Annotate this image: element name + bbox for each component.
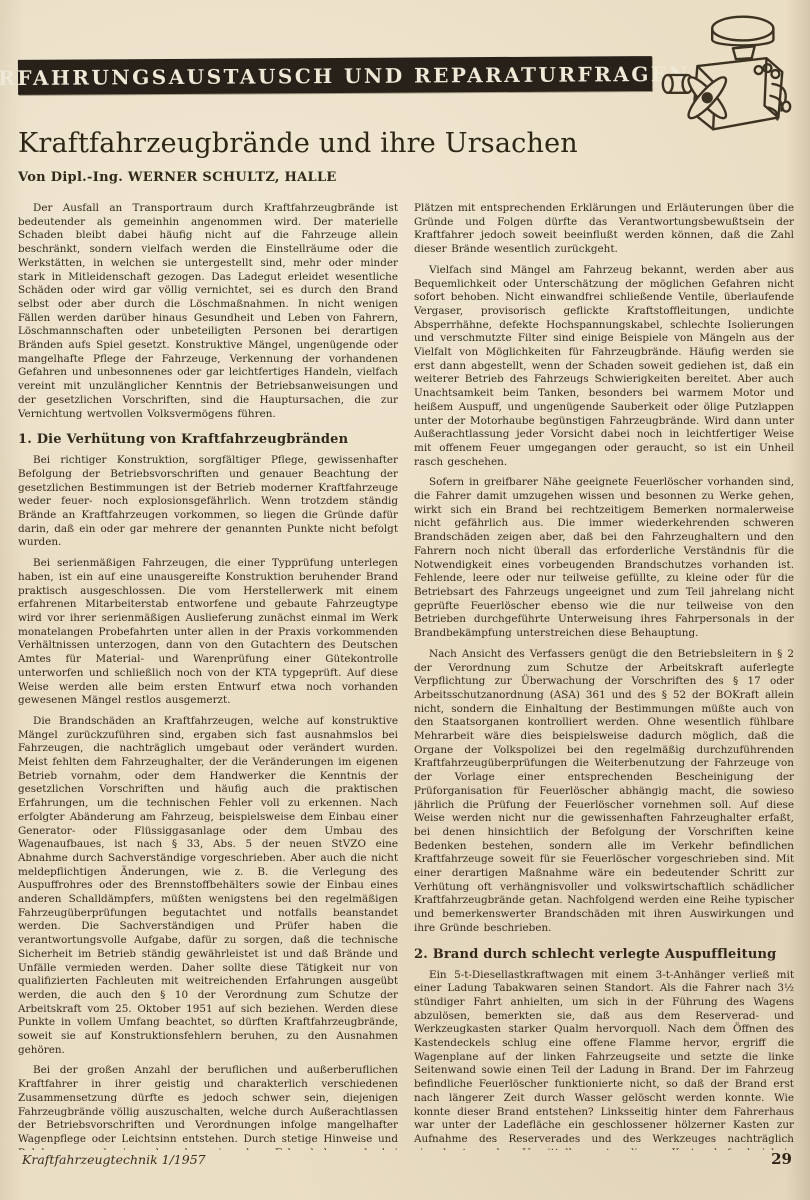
section-banner: ERFAHRUNGSAUSTAUSCH UND REPARATURFRAGEN: [18, 56, 652, 95]
footer-journal-name: Kraftfahrzeugtechnik 1/1957: [22, 1152, 206, 1167]
body-paragraph: Plätzen mit entsprechenden Erklärungen u…: [414, 202, 794, 257]
article-title: Kraftfahrzeugbrände und ihre Ursachen: [18, 128, 578, 159]
footer-page-number: 29: [771, 1150, 792, 1168]
section-heading: 2. Brand durch schlecht verlegte Auspuff…: [414, 947, 794, 962]
body-paragraph: Sofern in greifbarer Nähe geeignete Feue…: [414, 476, 794, 640]
journal-page: ERFAHRUNGSAUSTAUSCH UND REPARATURFRAGEN: [0, 0, 810, 1200]
body-paragraph: Bei der großen Anzahl der beruflichen un…: [18, 1064, 398, 1150]
banner-title: ERFAHRUNGSAUSTAUSCH UND REPARATURFRAGEN: [0, 61, 690, 89]
body-paragraph: Ein 5-t-Diesellastkraftwagen mit einem 3…: [414, 969, 794, 1150]
article-byline: Von Dipl.-Ing. WERNER SCHULTZ, HALLE: [18, 170, 337, 185]
body-paragraph: Bei richtiger Konstruktion, sorgfältiger…: [18, 454, 398, 550]
body-paragraph: Die Brandschäden an Kraftfahrzeugen, wel…: [18, 715, 398, 1058]
engine-illustration-icon: [648, 8, 806, 142]
text-column-right: Plätzen mit entsprechenden Erklärungen u…: [414, 202, 794, 1150]
section-heading: 1. Die Verhütung von Kraftfahrzeugbrände…: [18, 432, 398, 447]
body-paragraph: Vielfach sind Mängel am Fahrzeug bekannt…: [414, 264, 794, 470]
article-body: Der Ausfall an Transportraum durch Kraft…: [18, 202, 794, 1150]
body-paragraph: Nach Ansicht des Verfassers genügt die d…: [414, 648, 794, 936]
page-footer: Kraftfahrzeugtechnik 1/1957 29: [22, 1150, 792, 1168]
body-paragraph: Der Ausfall an Transportraum durch Kraft…: [18, 202, 398, 421]
text-column-left: Der Ausfall an Transportraum durch Kraft…: [18, 202, 398, 1150]
body-paragraph: Bei serienmäßigen Fahrzeugen, die einer …: [18, 557, 398, 708]
